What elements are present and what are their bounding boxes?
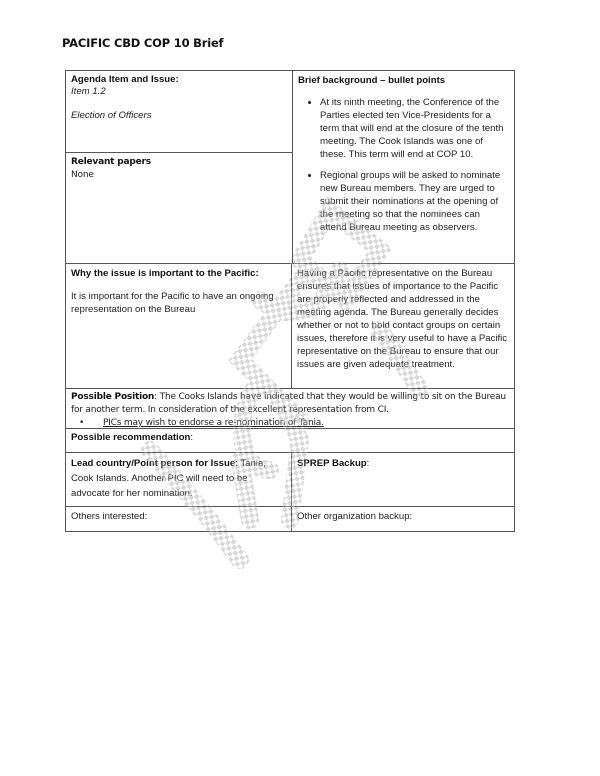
- importance-heading: Why the issue is important to the Pacifi…: [71, 268, 259, 279]
- recommendation-text: :: [190, 432, 193, 443]
- lead-cell: Lead country/Point person for Issue: Tan…: [66, 453, 292, 506]
- agenda-item-number: Item 1.2: [71, 86, 287, 98]
- background-bullet: At its ninth meeting, the Conference of …: [320, 96, 509, 161]
- position-label: Possible Position: [71, 392, 154, 402]
- background-cell: Brief background – bullet points At its …: [293, 71, 514, 263]
- position-bullet: PICs may wish to endorse a re-nomination…: [103, 418, 324, 428]
- agenda-papers-column: Agenda Item and Issue: Item 1.2 Election…: [66, 71, 293, 263]
- importance-text: It is important for the Pacific to have …: [71, 290, 286, 316]
- row-position: Possible Position: The Cooks Islands hav…: [66, 388, 514, 428]
- row-lead: Lead country/Point person for Issue: Tan…: [66, 452, 514, 506]
- relevant-papers-value: None: [71, 169, 287, 182]
- document-title: PACIFIC CBD COP 10 Brief: [62, 36, 223, 50]
- background-heading: Brief background – bullet points: [298, 75, 445, 86]
- relevant-papers-heading: Relevant papers: [71, 157, 151, 167]
- row-others: Others interested: Other organization ba…: [66, 506, 514, 531]
- lead-label: Lead country/Point person for Issue: [71, 458, 235, 469]
- relevant-papers-cell: Relevant papers None: [66, 153, 292, 263]
- row-recommendation: Possible recommendation:: [66, 428, 514, 452]
- background-bullets: At its ninth meeting, the Conference of …: [298, 96, 509, 234]
- position-cell: Possible Position: The Cooks Islands hav…: [66, 389, 514, 428]
- row-agenda-background: Agenda Item and Issue: Item 1.2 Election…: [66, 71, 514, 263]
- agenda-item-name: Election of Officers: [71, 110, 287, 122]
- other-org-label: Other organization backup:: [297, 511, 412, 522]
- importance-detail: Having a Pacific representative on the B…: [297, 267, 509, 371]
- others-label: Others interested:: [71, 511, 147, 522]
- other-org-cell: Other organization backup:: [292, 507, 514, 531]
- importance-cell: Why the issue is important to the Pacifi…: [66, 264, 292, 388]
- recommendation-cell: Possible recommendation:: [66, 429, 514, 452]
- background-bullet: Regional groups will be asked to nominat…: [320, 169, 509, 234]
- recommendation-label: Possible recommendation: [71, 432, 190, 443]
- others-cell: Others interested:: [66, 507, 292, 531]
- agenda-heading: Agenda Item and Issue:: [71, 74, 179, 85]
- agenda-cell: Agenda Item and Issue: Item 1.2 Election…: [66, 71, 292, 153]
- sprep-text: :: [367, 458, 370, 469]
- bullet-dot: •: [79, 417, 84, 430]
- row-importance: Why the issue is important to the Pacifi…: [66, 263, 514, 388]
- importance-detail-cell: Having a Pacific representative on the B…: [292, 264, 514, 388]
- brief-table: Agenda Item and Issue: Item 1.2 Election…: [65, 70, 515, 532]
- sprep-cell: SPREP Backup:: [292, 453, 514, 506]
- sprep-label: SPREP Backup: [297, 458, 367, 469]
